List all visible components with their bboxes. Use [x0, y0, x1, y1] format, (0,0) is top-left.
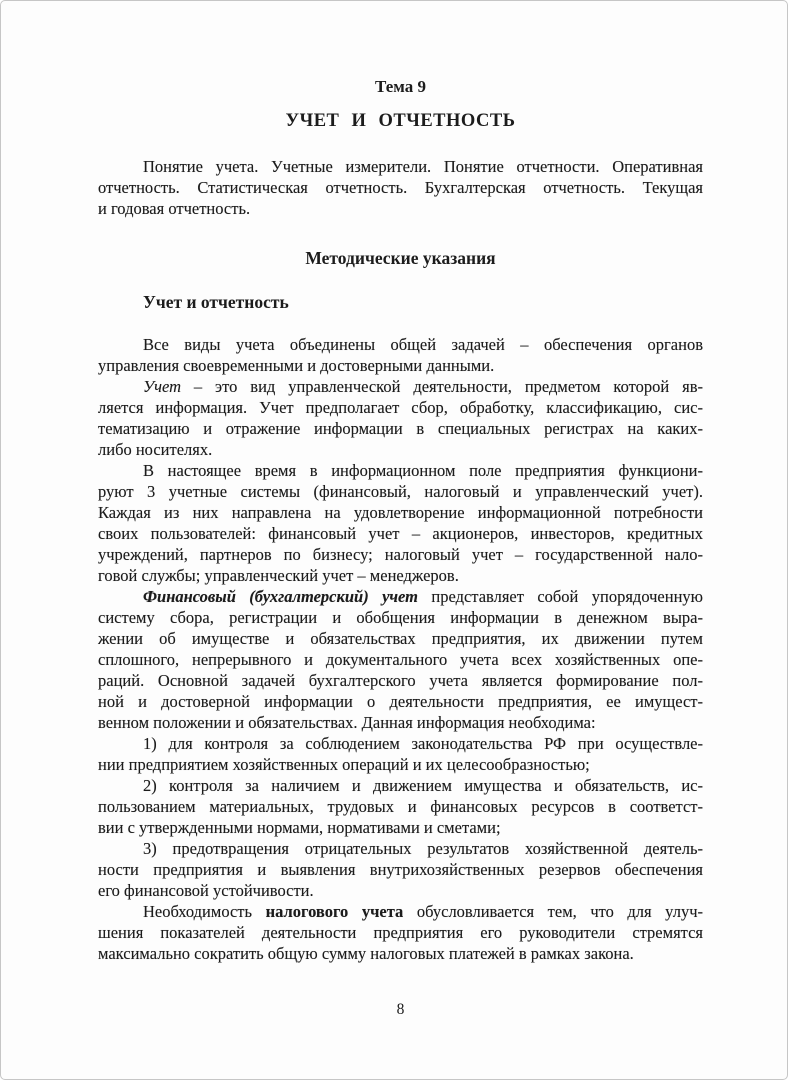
text-line: Необходимость налогового учета обусловли…: [98, 901, 703, 922]
text-line: вии с утвержденными нормами, нормативами…: [98, 817, 703, 838]
text-line: ной и достоверной информации о деятельно…: [98, 691, 703, 712]
text-segment: В настоящее время в информационном поле …: [143, 461, 703, 480]
paragraph: 2) контроля за наличием и движением имущ…: [98, 775, 703, 838]
page-number: 8: [98, 1001, 703, 1019]
text-line: Понятие учета. Учетные измерители. Понят…: [98, 156, 703, 177]
section-heading: Методические указания: [98, 247, 703, 269]
text-line: руют 3 учетные системы (финансовый, нало…: [98, 481, 703, 502]
text-segment: налогового учета: [266, 902, 404, 921]
text-line: либо носителях.: [98, 439, 703, 460]
text-line: 3) предотвращения отрицательных результа…: [98, 838, 703, 859]
text-segment: вии с утвержденными нормами, нормативами…: [98, 818, 501, 837]
text-segment: венном положении и обязательствах. Данна…: [98, 713, 596, 732]
text-segment: – это вид управленческой деятельности, п…: [181, 377, 703, 396]
text-segment: ляется информация. Учет предполагает сбо…: [98, 398, 703, 417]
text-segment: ной и достоверной информации о деятельно…: [98, 692, 703, 711]
paragraph: В настоящее время в информационном поле …: [98, 460, 703, 586]
text-line: систему сбора, регистрации и обобщения и…: [98, 607, 703, 628]
scanned-document-page: Тема 9 УЧЕТ И ОТЧЕТНОСТЬ Понятие учета. …: [0, 0, 788, 1080]
subsection-heading: Учет и отчетность: [98, 291, 703, 313]
text-segment: учреждений, партнеров по бизнесу; налого…: [98, 545, 703, 564]
text-segment: Учет: [143, 377, 181, 396]
paragraph: Необходимость налогового учета обусловли…: [98, 901, 703, 964]
text-line: шения показателей деятельности предприят…: [98, 922, 703, 943]
text-line: венном положении и обязательствах. Данна…: [98, 712, 703, 733]
text-segment: 1) для контроля за соблюдением законодат…: [143, 734, 703, 753]
text-segment: своих пользователей: финансовый учет – а…: [98, 524, 703, 543]
text-line: 2) контроля за наличием и движением имущ…: [98, 775, 703, 796]
text-segment: обусловливается тем, что для улуч-: [403, 902, 703, 921]
text-line: сплошного, непрерывного и документальног…: [98, 649, 703, 670]
text-segment: Все виды учета объединены общей задачей …: [143, 335, 703, 354]
text-segment: Финансовый (бухгалтерский) учет: [143, 587, 418, 606]
paragraph: Понятие учета. Учетные измерители. Понят…: [98, 156, 703, 219]
paragraph: Финансовый (бухгалтерский) учет представ…: [98, 586, 703, 733]
text-segment: руют 3 учетные системы (финансовый, нало…: [98, 482, 703, 501]
text-line: говой службы; управленческий учет – мене…: [98, 565, 703, 586]
text-line: жении об имуществе и обязательствах пред…: [98, 628, 703, 649]
text-segment: Каждая из них направлена на удовлетворен…: [98, 503, 703, 522]
text-line: ности предприятия и выявления внутрихозя…: [98, 859, 703, 880]
text-segment: раций. Основной задачей бухгалтерского у…: [98, 671, 703, 690]
topic-label: Тема 9: [98, 77, 703, 97]
paragraph: 3) предотвращения отрицательных результа…: [98, 838, 703, 901]
text-segment: Понятие учета. Учетные измерители. Понят…: [143, 157, 703, 176]
text-line: и годовая отчетность.: [98, 198, 703, 219]
text-line: максимально сократить общую сумму налого…: [98, 943, 703, 964]
body-text: Все виды учета объединены общей задачей …: [98, 334, 703, 964]
text-line: отчетность. Статистическая отчетность. Б…: [98, 177, 703, 198]
text-segment: максимально сократить общую сумму налого…: [98, 944, 634, 963]
text-segment: 3) предотвращения отрицательных результа…: [143, 839, 703, 858]
text-line: Каждая из них направлена на удовлетворен…: [98, 502, 703, 523]
text-line: Учет – это вид управленческой деятельнос…: [98, 376, 703, 397]
text-segment: и годовая отчетность.: [98, 199, 250, 218]
text-line: Все виды учета объединены общей задачей …: [98, 334, 703, 355]
text-segment: говой службы; управленческий учет – мене…: [98, 566, 459, 585]
text-line: его финансовой устойчивости.: [98, 880, 703, 901]
text-line: 1) для контроля за соблюдением законодат…: [98, 733, 703, 754]
text-line: тематизацию и отражение информации в спе…: [98, 418, 703, 439]
text-segment: пользованием материальных, трудовых и фи…: [98, 797, 703, 816]
text-segment: представляет собой упорядоченную: [418, 587, 703, 606]
text-line: ляется информация. Учет предполагает сбо…: [98, 397, 703, 418]
text-segment: его финансовой устойчивости.: [98, 881, 314, 900]
paragraph: 1) для контроля за соблюдением законодат…: [98, 733, 703, 775]
text-segment: сплошного, непрерывного и документальног…: [98, 650, 703, 669]
text-segment: жении об имуществе и обязательствах пред…: [98, 629, 703, 648]
text-segment: нии предприятием хозяйственных операций …: [98, 755, 590, 774]
text-line: раций. Основной задачей бухгалтерского у…: [98, 670, 703, 691]
paragraph: Учет – это вид управленческой деятельнос…: [98, 376, 703, 460]
text-segment: управления своевременными и достоверными…: [98, 356, 494, 375]
text-line: пользованием материальных, трудовых и фи…: [98, 796, 703, 817]
text-line: управления своевременными и достоверными…: [98, 355, 703, 376]
text-line: своих пользователей: финансовый учет – а…: [98, 523, 703, 544]
text-segment: систему сбора, регистрации и обобщения и…: [98, 608, 703, 627]
text-line: В настоящее время в информационном поле …: [98, 460, 703, 481]
text-segment: тематизацию и отражение информации в спе…: [98, 419, 703, 438]
annotation-block: Понятие учета. Учетные измерители. Понят…: [98, 156, 703, 219]
text-line: нии предприятием хозяйственных операций …: [98, 754, 703, 775]
text-line: учреждений, партнеров по бизнесу; налого…: [98, 544, 703, 565]
page-title: УЧЕТ И ОТЧЕТНОСТЬ: [98, 109, 703, 133]
page-content: Тема 9 УЧЕТ И ОТЧЕТНОСТЬ Понятие учета. …: [1, 1, 787, 1019]
text-segment: 2) контроля за наличием и движением имущ…: [143, 776, 703, 795]
paragraph: Все виды учета объединены общей задачей …: [98, 334, 703, 376]
text-line: Финансовый (бухгалтерский) учет представ…: [98, 586, 703, 607]
text-segment: шения показателей деятельности предприят…: [98, 923, 703, 942]
text-segment: Необходимость: [143, 902, 266, 921]
text-segment: либо носителях.: [98, 440, 212, 459]
text-segment: ности предприятия и выявления внутрихозя…: [98, 860, 703, 879]
text-segment: отчетность. Статистическая отчетность. Б…: [98, 178, 703, 197]
